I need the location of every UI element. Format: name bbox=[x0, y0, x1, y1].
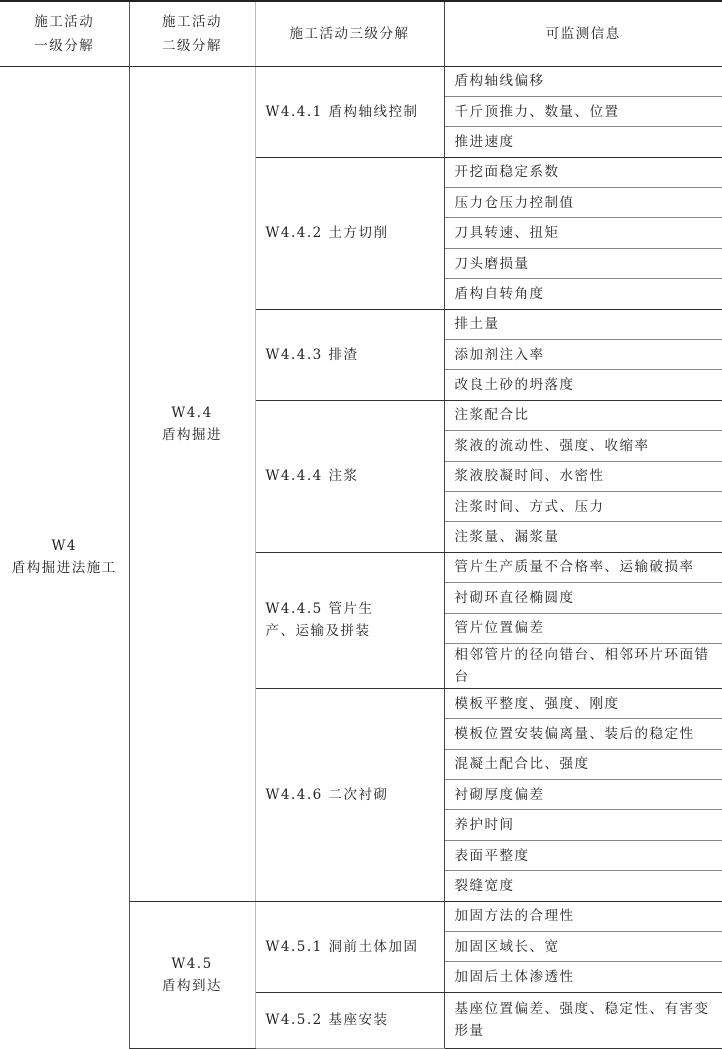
level3-cell: W4.4.5 管片生产、运输及拼装 bbox=[255, 552, 444, 688]
monitoring-info-cell: 养护时间 bbox=[444, 810, 722, 840]
construction-activity-table: 施工活动 一级分解 施工活动 二级分解 施工活动三级分解 可监测信息 W4盾构掘… bbox=[0, 0, 722, 1036]
monitoring-info-cell: 刀具转速、扭矩 bbox=[444, 218, 722, 248]
level2-name: 盾构到达 bbox=[140, 975, 245, 997]
level3-cell: W4.4.6 二次衬砌 bbox=[255, 688, 444, 901]
header-level2: 施工活动 二级分解 bbox=[129, 1, 255, 66]
level2-code: W4.5 bbox=[140, 953, 245, 975]
monitoring-info-cell: 添加剂注入率 bbox=[444, 340, 722, 370]
monitoring-info-cell: 加固后土体渗透性 bbox=[444, 962, 722, 992]
header-level3: 施工活动三级分解 bbox=[255, 1, 444, 66]
monitoring-info-cell: 浆液胶凝时间、水密性 bbox=[444, 461, 722, 491]
monitoring-info-cell: 相邻管片的径向错台、相邻环片环面错台 bbox=[444, 643, 722, 688]
monitoring-info-cell: 基座位置偏差、强度、稳定性、有害变形量 bbox=[444, 992, 722, 1036]
monitoring-info-cell: 开挖面稳定系数 bbox=[444, 157, 722, 187]
header-row: 施工活动 一级分解 施工活动 二级分解 施工活动三级分解 可监测信息 bbox=[0, 1, 722, 66]
level3-cell: W4.4.1 盾构轴线控制 bbox=[255, 66, 444, 157]
monitoring-info-cell: 压力仓压力控制值 bbox=[444, 188, 722, 218]
level2-code: W4.4 bbox=[140, 402, 245, 424]
monitoring-info-cell: 推进速度 bbox=[444, 127, 722, 157]
header-level2-line1: 施工活动 bbox=[140, 10, 245, 34]
monitoring-info-cell: 衬砌环直径椭圆度 bbox=[444, 583, 722, 613]
monitoring-info-cell: 盾构轴线偏移 bbox=[444, 66, 722, 96]
header-level1-line2: 一级分解 bbox=[10, 34, 119, 58]
monitoring-info-cell: 改良土砂的坍落度 bbox=[444, 370, 722, 400]
level3-cell: W4.4.2 土方切削 bbox=[255, 157, 444, 309]
level3-cell: W4.4.4 注浆 bbox=[255, 400, 444, 552]
table-row: W4盾构掘进法施工W4.4盾构掘进W4.4.1 盾构轴线控制盾构轴线偏移 bbox=[0, 66, 722, 96]
monitoring-info-cell: 刀头磨损量 bbox=[444, 248, 722, 278]
monitoring-info-cell: 加固方法的合理性 bbox=[444, 901, 722, 931]
level3-cell: W4.4.3 排渣 bbox=[255, 309, 444, 400]
level2-cell: W4.4盾构掘进 bbox=[129, 66, 255, 901]
level1-code: W4 bbox=[10, 535, 119, 557]
level3-cell: W4.5.1 洞前土体加固 bbox=[255, 901, 444, 992]
level1-cell: W4盾构掘进法施工 bbox=[0, 66, 129, 1036]
monitoring-info-cell: 注浆量、漏浆量 bbox=[444, 522, 722, 552]
monitoring-info-cell: 管片生产质量不合格率、运输破损率 bbox=[444, 552, 722, 582]
monitoring-info-cell: 管片位置偏差 bbox=[444, 613, 722, 643]
header-info: 可监测信息 bbox=[444, 1, 722, 66]
monitoring-info-cell: 混凝土配合比、强度 bbox=[444, 749, 722, 779]
monitoring-info-cell: 注浆时间、方式、压力 bbox=[444, 491, 722, 521]
header-level1-line1: 施工活动 bbox=[10, 10, 119, 34]
monitoring-info-cell: 加固区域长、宽 bbox=[444, 932, 722, 962]
monitoring-info-cell: 千斤顶推力、数量、位置 bbox=[444, 96, 722, 126]
monitoring-info-cell: 排土量 bbox=[444, 309, 722, 339]
header-level2-line2: 二级分解 bbox=[140, 34, 245, 58]
monitoring-info-cell: 浆液的流动性、强度、收缩率 bbox=[444, 431, 722, 461]
level2-name: 盾构掘进 bbox=[140, 424, 245, 446]
level1-name: 盾构掘进法施工 bbox=[10, 557, 119, 579]
monitoring-info-cell: 注浆配合比 bbox=[444, 400, 722, 430]
monitoring-info-cell: 模板平整度、强度、刚度 bbox=[444, 688, 722, 718]
monitoring-info-cell: 盾构自转角度 bbox=[444, 279, 722, 309]
level3-cell: W4.5.2 基座安装 bbox=[255, 992, 444, 1036]
monitoring-info-cell: 裂缝宽度 bbox=[444, 871, 722, 901]
table-body: W4盾构掘进法施工W4.4盾构掘进W4.4.1 盾构轴线控制盾构轴线偏移千斤顶推… bbox=[0, 66, 722, 1036]
header-level1: 施工活动 一级分解 bbox=[0, 1, 129, 66]
monitoring-info-cell: 衬砌厚度偏差 bbox=[444, 780, 722, 810]
level2-cell: W4.5盾构到达 bbox=[129, 901, 255, 1036]
monitoring-info-cell: 模板位置安装偏离量、装后的稳定性 bbox=[444, 719, 722, 749]
monitoring-info-cell: 表面平整度 bbox=[444, 840, 722, 870]
